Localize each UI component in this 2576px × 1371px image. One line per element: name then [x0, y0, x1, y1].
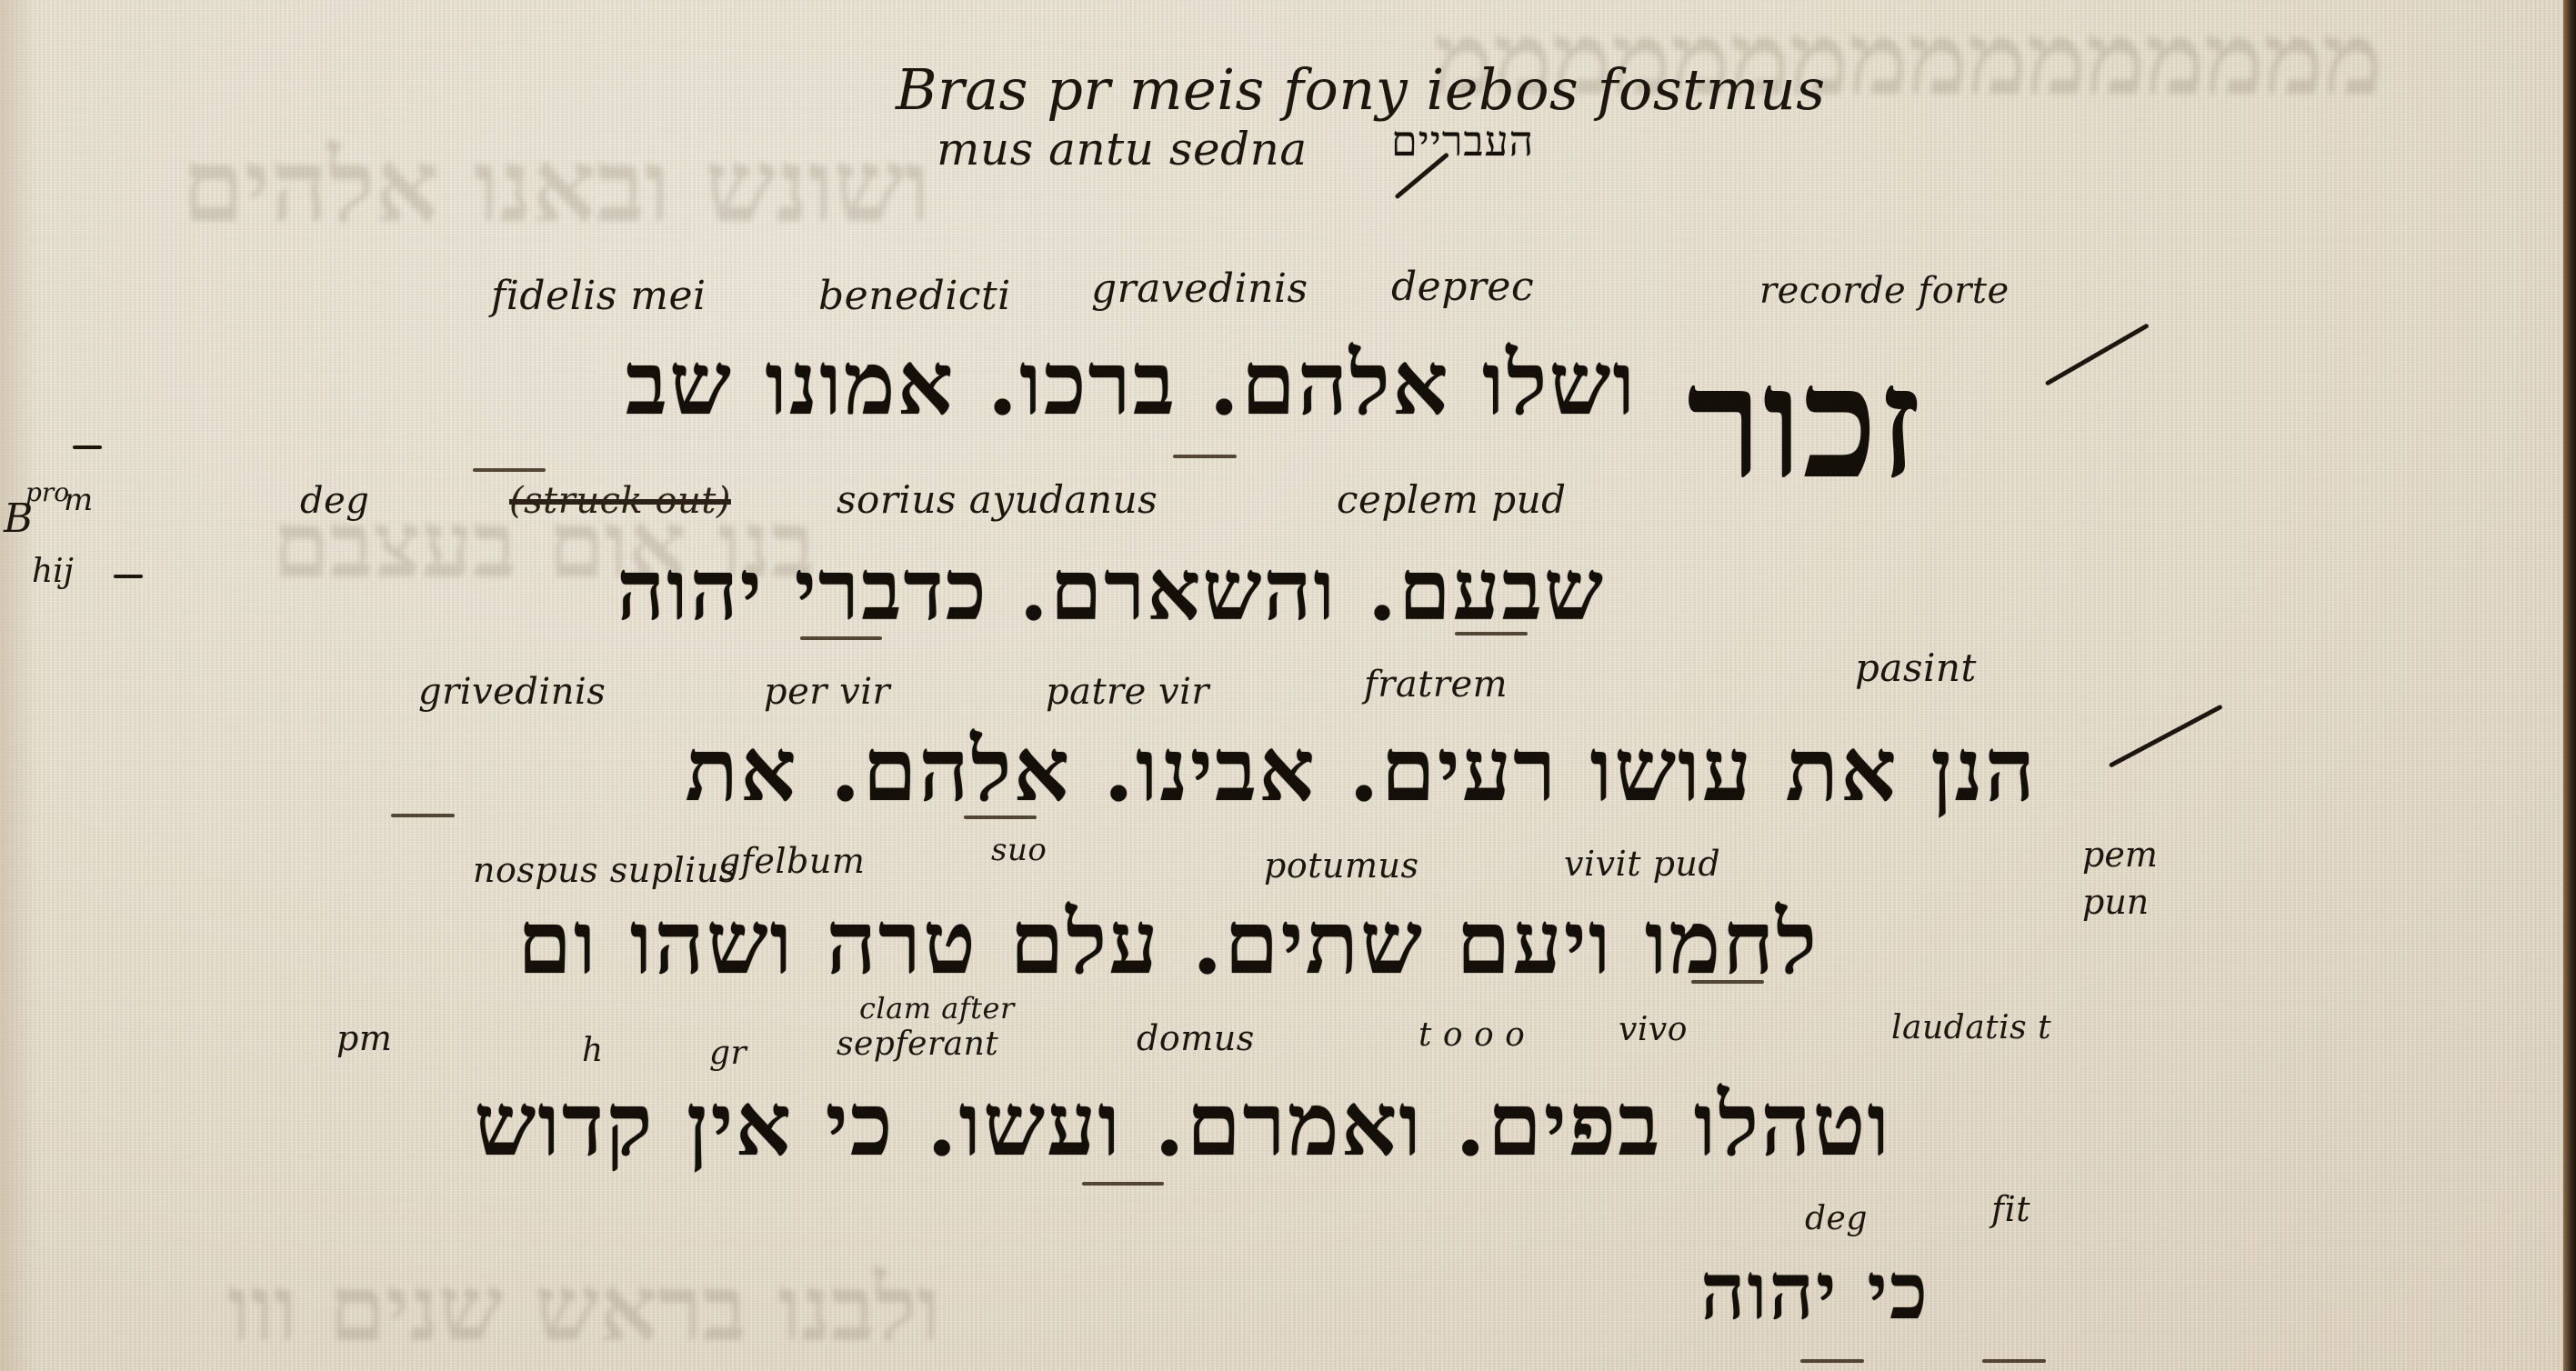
gloss-line5-1: pm: [336, 1018, 392, 1058]
gloss-line2-3: ceplem pud: [1337, 477, 1567, 522]
header-latin-line: Bras pr meis fony iebos fostmus: [896, 56, 1826, 123]
gloss-line5-7: t o o o: [1418, 1016, 1525, 1054]
page-gutter-shadow: [0, 0, 36, 1371]
underline-mark: [473, 468, 546, 472]
gloss-line6-1: deg: [1805, 1200, 1868, 1237]
hebrew-line-1: ושלו אלהם. ברכו. אמונו שב: [255, 332, 1637, 435]
gloss-line1-4: deprec: [1391, 264, 1534, 310]
gloss-line5-2: h: [582, 1032, 604, 1069]
right-margin-note-2: pun: [2082, 882, 2149, 922]
initial-word: זכור: [1687, 336, 1921, 509]
bleed-through-line-2: ושונש ובאנו אלהים: [182, 127, 930, 245]
gloss-line5-6: domus: [1137, 1018, 1255, 1058]
underline-mark: [1982, 1359, 2046, 1363]
line3-pointer-stroke: [2109, 705, 2223, 768]
bleed-through-line-4: ולבנו בראש שנים ווו: [227, 1255, 940, 1362]
hebrew-line-3: הנן את עושו רעים. אבינו. אלהם. את: [182, 718, 2037, 821]
underline-mark: [1082, 1182, 1164, 1186]
underline-mark: [1691, 980, 1764, 984]
right-margin-note-1: pem: [2082, 829, 2158, 880]
gloss-line2-struck: (struck out): [509, 480, 731, 522]
hebrew-line-4: לחמו ויעם שתים. עלם טרה ושהו ום: [246, 891, 1819, 994]
header-hebrew-word: העבריים: [1391, 116, 1534, 165]
gloss-line4-4: potumus: [1264, 846, 1418, 886]
gloss-line3-2: per vir: [764, 671, 890, 713]
gloss-line4-3: suo: [991, 832, 1047, 868]
gloss-line4-5: vivit pud: [1564, 844, 1720, 884]
gloss-line3-1: grivedinis: [418, 671, 606, 713]
left-margin-note-3: pro: [25, 477, 69, 507]
gloss-line4-1: nospus suplius: [473, 850, 737, 890]
page-edge: [2563, 0, 2576, 1371]
header-latin-line-2: mus antu sedna: [937, 123, 1308, 175]
gloss-line2-1: deg: [300, 480, 369, 522]
gloss-line5-3: gr: [709, 1035, 747, 1072]
hebrew-line-2: שבעם. והשארם. כדברי יהוה: [205, 541, 1605, 639]
underline-mark: [1455, 632, 1528, 635]
gloss-line1-2: benedicti: [818, 273, 1011, 319]
gloss-line4-2: gfelbum: [718, 841, 865, 881]
gloss-line1-1: fidelis mei: [491, 273, 707, 319]
initial-word-gloss: recorde forte: [1759, 271, 2010, 311]
gloss-line6-2: fit: [1991, 1189, 2030, 1229]
gloss-line3-5: pasint: [1855, 645, 1977, 690]
hebrew-line-5: וטהלו בפים. ואמרם. ועשו. כי אין קדוש: [227, 1073, 1891, 1176]
manuscript-page: ממממממממממממממממ ושונש ובאנו אלהים בנו א…: [0, 0, 2576, 1371]
left-margin-dash-1: [73, 445, 102, 449]
gloss-line1-3: gravedinis: [1091, 265, 1308, 312]
left-margin-note-4: hij: [32, 553, 74, 590]
gloss-line3-3: patre vir: [1046, 671, 1209, 713]
gloss-line5-4: clam after: [859, 991, 1015, 1026]
gloss-line5-8: vivo: [1619, 1011, 1688, 1048]
gloss-line5-5: sepferant: [837, 1026, 998, 1063]
underline-mark: [1173, 455, 1237, 458]
gloss-line5-9: laudatis t: [1891, 1009, 2051, 1046]
underline-mark: [391, 814, 455, 817]
initial-pointer-stroke: [2045, 323, 2150, 385]
underline-mark: [964, 816, 1037, 819]
gloss-line2-2: sorius ayudanus: [837, 477, 1158, 522]
left-margin-dash-2: [114, 575, 143, 578]
underline-mark: [800, 636, 882, 640]
hebrew-line-6: כי יהוה: [1700, 1246, 1929, 1337]
gloss-line3-4: fratrem: [1364, 664, 1508, 706]
underline-mark: [1800, 1359, 1864, 1363]
